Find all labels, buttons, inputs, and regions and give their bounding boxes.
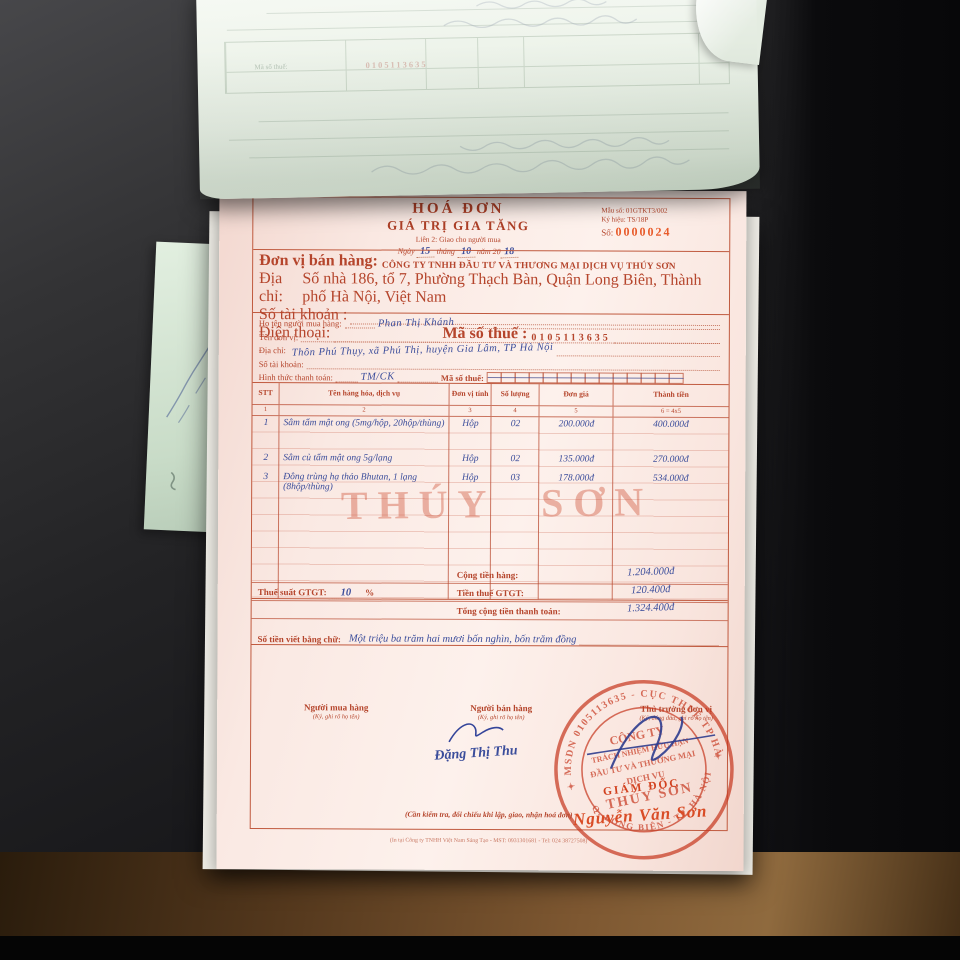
seller-name-row: Đơn vị bán hàng: CÔNG TY TNHH ĐẦU TƯ VÀ … bbox=[259, 252, 723, 272]
table-row: 2 Sâm củ tẩm mật ong 5g/lạng Hộp 02 135.… bbox=[252, 453, 728, 465]
seller-address: Số nhà 186, tổ 7, Phường Thạch Bàn, Quận… bbox=[302, 270, 723, 308]
invoice-number-value: 0000024 bbox=[616, 225, 672, 239]
payment-method-handwritten: TM/CK bbox=[361, 371, 395, 383]
dark-background bbox=[738, 0, 960, 870]
row-amount: 400.000đ bbox=[613, 420, 728, 431]
vat-amount-handwritten: 120.400đ bbox=[586, 583, 716, 598]
buyer-name-handwritten: Phan Thị Khánh bbox=[378, 317, 455, 330]
index-cell: 1 bbox=[252, 405, 279, 416]
table-header-row: STT Tên hàng hóa, dịch vụ Đơn vị tính Số… bbox=[253, 383, 729, 407]
index-cell: 4 bbox=[491, 406, 539, 417]
totals-section: Cộng tiền hàng: 1.204.000đ Thuế suất GTG… bbox=[252, 565, 728, 621]
seller-label: Đơn vị bán hàng: bbox=[259, 252, 378, 271]
grand-total-row: Tổng cộng tiền thanh toán: 1.324.400đ bbox=[252, 601, 728, 621]
blank-dotted-line bbox=[307, 359, 720, 371]
blank-dotted-line bbox=[398, 373, 438, 383]
row-desc: Sâm củ tẩm mật ong 5g/lạng bbox=[279, 453, 449, 464]
buyer-address-label: Địa chỉ: bbox=[259, 345, 286, 355]
buyer-taxcode-label: Mã số thuế: bbox=[441, 373, 484, 383]
amount-in-words-label: Số tiền viết bằng chữ: bbox=[258, 634, 341, 644]
row-qty: 02 bbox=[491, 419, 539, 429]
printer-info: (In tại Công ty TNHH Việt Nam Sáng Tạo -… bbox=[250, 837, 728, 845]
seller-address-label: Địa chỉ: bbox=[259, 270, 298, 306]
buyer-signature-title: Người mua hàng bbox=[271, 702, 401, 713]
flipped-table-ghost bbox=[224, 32, 730, 94]
row-qty: 02 bbox=[491, 454, 539, 464]
buyer-name-row: Họ tên người mua hàng: Phan Thị Khánh bbox=[259, 315, 723, 330]
amount-in-words-handwritten: Một triệu ba trăm hai mươi bốn nghìn, bố… bbox=[349, 633, 577, 645]
blank-dotted-line bbox=[336, 372, 358, 382]
watermark-text: THÚY SƠN bbox=[307, 478, 688, 530]
faint-line bbox=[227, 20, 727, 31]
col-header-amount: Thành tiền bbox=[614, 385, 729, 408]
subtotal-row: Cộng tiền hàng: 1.204.000đ bbox=[252, 565, 728, 585]
stamp-star-left: ✦ bbox=[566, 781, 576, 793]
vat-rate-handwritten: 10 bbox=[329, 587, 363, 599]
col-header-unit: Đơn vị tính bbox=[450, 384, 492, 406]
index-cell: 2 bbox=[279, 405, 449, 417]
faint-line bbox=[229, 130, 729, 141]
index-cell: 6 = 4x5 bbox=[613, 407, 728, 419]
director-signature-scribble bbox=[581, 698, 721, 789]
row-amount: 270.000đ bbox=[613, 455, 728, 466]
invoice-subtitle: GIÁ TRỊ GIA TĂNG bbox=[323, 217, 593, 234]
subtotal-label: Cộng tiền hàng: bbox=[457, 570, 519, 580]
vat-rate-caption: Thuế suất GTGT: bbox=[258, 587, 327, 597]
index-cell: 5 bbox=[539, 406, 613, 417]
amount-in-words-row: Số tiền viết bằng chữ: Một triệu ba trăm… bbox=[251, 620, 727, 647]
flipped-handwriting-scribbles bbox=[196, 0, 760, 199]
buyer-name-label: Họ tên người mua hàng: bbox=[259, 318, 342, 328]
col-header-qty: Số lượng bbox=[492, 384, 540, 406]
seller-address-row: Địa chỉ: Số nhà 186, tổ 7, Phường Thạch … bbox=[259, 270, 723, 308]
flipped-content: 0105113635 Mã số thuế: bbox=[196, 0, 760, 199]
flipped-carbon-page: 0105113635 Mã số thuế: bbox=[196, 0, 760, 199]
bottom-black-bar bbox=[0, 936, 960, 960]
buyer-signature-block: Người mua hàng (Ký, ghi rõ họ tên) bbox=[271, 702, 401, 721]
invoice-border-box: HOÁ ĐƠN GIÁ TRỊ GIA TĂNG Liên 2: Giao ch… bbox=[250, 196, 731, 831]
row-price: 200.000đ bbox=[539, 419, 613, 429]
invoice-sheet: HOÁ ĐƠN GIÁ TRỊ GIA TĂNG Liên 2: Giao ch… bbox=[217, 189, 747, 871]
blank-dotted-line bbox=[579, 635, 718, 646]
row-price: 135.000đ bbox=[539, 454, 613, 464]
photo-scene: HOÁ ĐƠN GIÁ TRỊ GIA TĂNG Liên 2: Giao ch… bbox=[0, 0, 960, 960]
flipped-taxcode-label: Mã số thuế: bbox=[254, 63, 287, 72]
invoice-number-label: Số: bbox=[601, 228, 613, 238]
col-header-desc: Tên hàng hóa, dịch vụ bbox=[280, 383, 450, 406]
grand-total-label: Tổng cộng tiền thanh toán: bbox=[457, 606, 561, 616]
col-header-price: Đơn giá bbox=[540, 384, 614, 406]
buyer-unit-label: Tên đơn vị: bbox=[259, 332, 298, 342]
flipped-taxcode-digits: 0105113635 bbox=[365, 59, 427, 70]
faint-line bbox=[267, 4, 727, 14]
buyer-unit-row: Tên đơn vị: bbox=[259, 328, 723, 343]
blank-dotted-line bbox=[345, 319, 375, 329]
invoice-meta: Mẫu số: 01GTKT3/002 Ký hiệu: TS/18P Số: … bbox=[601, 207, 729, 239]
buyer-address-row: Địa chỉ: Thôn Phú Thụy, xã Phú Thị, huyệ… bbox=[259, 342, 723, 357]
index-cell: 3 bbox=[449, 406, 491, 417]
vat-row: Thuế suất GTGT: 10 % Tiền thuế GTGT: 120… bbox=[252, 583, 728, 603]
grand-total-handwritten: 1.324.400đ bbox=[586, 601, 716, 616]
row-unit: Hộp bbox=[449, 454, 491, 464]
payment-method-label: Hình thức thanh toán: bbox=[259, 372, 333, 382]
row-stt: 2 bbox=[252, 453, 279, 463]
percent-sign: % bbox=[365, 587, 374, 597]
faint-line bbox=[249, 148, 729, 158]
subtotal-handwritten: 1.204.000đ bbox=[586, 565, 716, 580]
col-header-stt: STT bbox=[253, 383, 280, 405]
table-row: 1 Sâm tẩm mật ong (5mg/hộp, 20hộp/thùng)… bbox=[252, 418, 728, 430]
tax-code-boxes bbox=[488, 372, 684, 384]
seller-signature-name: Đặng Thị Thu bbox=[401, 741, 552, 767]
row-stt: 1 bbox=[252, 418, 279, 428]
row-desc: Sâm tẩm mật ong (5mg/hộp, 20hộp/thùng) bbox=[279, 418, 449, 429]
blank-dotted-line bbox=[556, 346, 719, 357]
vat-amount-label: Tiền thuế GTGT: bbox=[457, 588, 524, 598]
buyer-account-label: Số tài khoản: bbox=[259, 359, 304, 369]
blank-dotted-line bbox=[457, 319, 720, 330]
vat-rate-label: Thuế suất GTGT: 10 % bbox=[258, 587, 374, 600]
buyer-section: Họ tên người mua hàng: Phan Thị Khánh Tê… bbox=[253, 314, 729, 385]
invoice-title: HOÁ ĐƠN bbox=[323, 200, 593, 218]
row-stt: 3 bbox=[252, 472, 279, 492]
copy-note: Liên 2: Giao cho người mua bbox=[323, 234, 593, 244]
row-unit: Hộp bbox=[449, 419, 491, 429]
faint-line bbox=[259, 112, 729, 122]
check-note: (Cần kiểm tra, đối chiếu khi lập, giao, … bbox=[251, 809, 727, 820]
buyer-signature-subtitle: (Ký, ghi rõ họ tên) bbox=[271, 713, 401, 721]
page-curl bbox=[690, 0, 770, 65]
invoice-number-line: Số: 0000024 bbox=[601, 228, 729, 239]
seller-section: Đơn vị bán hàng: CÔNG TY TNHH ĐẦU TƯ VÀ … bbox=[253, 249, 729, 315]
